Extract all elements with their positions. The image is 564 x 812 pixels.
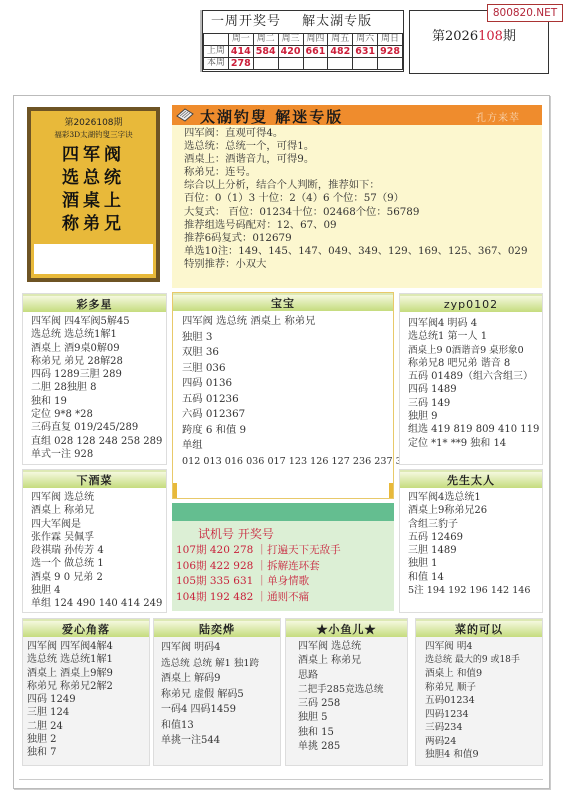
box-line: 独和 19 (31, 395, 166, 408)
analysis-line: 称弟兄：连号。 (184, 166, 542, 179)
box-line: 酒桌上 酒桌上9解9 (27, 667, 149, 680)
box-line: 三码 258 (298, 697, 407, 711)
site-badge[interactable]: 800820.NET (487, 4, 563, 22)
card-issue: 第2026108期 (31, 115, 156, 128)
box-line: 独胆4 和值9 (425, 748, 542, 762)
test-draw-row: 105期 335 631 ｜单身情歌 (176, 574, 394, 590)
box-line: 酒桌上9称弟兄26 (408, 504, 542, 517)
box-line: 定位 9*8 *28 (31, 408, 166, 421)
test-draw-row: 107期 420 278 ｜打遍天下无敌手 (176, 543, 394, 559)
box-line: 四军阀 明4 (425, 640, 542, 654)
box-line: 双胆 36 (182, 345, 393, 361)
box-line: 三码234 (425, 721, 542, 735)
day-header: 周一 (228, 34, 253, 46)
row-label: 上周 (204, 46, 229, 58)
box-line: 选总统 总统 解1 独1跨 (161, 656, 280, 672)
analysis-line: 四军阀：直观可得4。 (184, 127, 542, 140)
box-zyp0102: zyp0102 四军阀4 明码 4 选总统1 第一人 1 酒桌上9 0酒谐音9 … (399, 293, 543, 465)
box-line: 称弟兄 称弟兄2解2 (27, 680, 149, 693)
box-line: 直组 028 128 248 258 289 (31, 435, 166, 448)
issue-red-number: 108 (478, 29, 503, 44)
box-body: 四军阀 四4军阀5解45 选总统 选总统1解1 酒桌上 酒9桌0解09 称弟兄 … (23, 312, 166, 461)
box-line: 称弟兄8 吧兄弟 谐音 8 (408, 357, 542, 370)
title-left: 一周开奖号 (211, 14, 281, 29)
box-line: 单组 (182, 438, 393, 454)
box-line: 独胆 2 (27, 733, 149, 746)
box-line: 组选 419 819 809 410 119 (408, 423, 542, 436)
test-draw-row: 104期 192 482 ｜通则不痛 (176, 590, 394, 606)
box-line: 四码 1289三胆 289 (31, 368, 166, 381)
box-body: 四军阀 四军阀4解4 选总统 选总统1解1 酒桌上 酒桌上9解9 称弟兄 称弟兄… (23, 637, 149, 765)
draw-number (328, 58, 353, 70)
frame-divider (19, 779, 543, 780)
draw-number (253, 58, 278, 70)
analysis-line: 综合以上分析，结合个人判断，推荐如下： (184, 179, 542, 192)
draw-number (378, 58, 403, 70)
box-line: 选总统 选总统1解1 (27, 653, 149, 666)
this-week-row: 本周 278 (204, 58, 403, 70)
box-line: 酒桌上 酒9桌0解09 (31, 342, 166, 355)
box-xiaoyuer: ★小鱼儿★ 四军阀 选总统 酒桌上 称弟兄 思路 二把手285竞选总统 三码 2… (285, 618, 408, 766)
box-title: 爱心角落 (23, 619, 149, 637)
box-aixin: 爱心角落 四军阀 四军阀4解4 选总统 选总统1解1 酒桌上 酒桌上9解9 称弟… (22, 618, 150, 766)
analysis-header: 太湖钓叟 解迷专版 孔方来萃 (172, 105, 542, 125)
analysis-title: 太湖钓叟 解迷专版 (200, 106, 343, 127)
box-line: 四军阀 四军阀4解4 (27, 640, 149, 653)
test-draw-row: 106期 422 928 ｜拆解连环套 (176, 559, 394, 575)
test-draw-body: 试机号 开奖号 107期 420 278 ｜打遍天下无敌手 106期 422 9… (172, 521, 394, 606)
row-label: 本周 (204, 58, 229, 70)
day-header: 周五 (328, 34, 353, 46)
box-xiansheng: 先生太人 四军阀4选总统1 酒桌上9称弟兄26 含组三豹子 五码 12469 三… (399, 469, 543, 613)
box-title: 陆奕烨 (154, 619, 280, 637)
box-line: 独胆 3 (182, 330, 393, 346)
box-line: 称弟兄 虚假 解码5 (161, 687, 280, 703)
box-caiduoxing: 彩多星 四军阀 四4军阀5解45 选总统 选总统1解1 酒桌上 酒9桌0解09 … (22, 293, 167, 465)
box-body: 四军阀4选总统1 酒桌上9称弟兄26 含组三豹子 五码 12469 三胆 148… (400, 488, 542, 597)
box-line: 四军阀 选总统 酒桌上 称弟兄 (182, 314, 393, 330)
draw-number: 661 (303, 46, 328, 58)
corner-cell (204, 34, 229, 46)
issue-number: 第2026108期 (432, 25, 516, 44)
issue-prefix: 第2026 (432, 29, 478, 44)
box-line: 独胆 1 (408, 557, 542, 570)
day-header: 周四 (303, 34, 328, 46)
box-line: 酒桌上 解码9 (161, 671, 280, 687)
box-line: 酒桌上 和值9 (425, 667, 542, 681)
box-line: 五码 01236 (182, 392, 393, 408)
box-line: 四军阀 选总统 (298, 640, 407, 654)
draw-number: 414 (228, 46, 253, 58)
book-icon (176, 107, 194, 122)
box-body: 四军阀4 明码 4 选总统1 第一人 1 酒桌上9 0酒谐音9 桌形象0 称弟兄… (400, 312, 542, 450)
box-line: 四大军阀是 (31, 518, 166, 531)
box-title: 下酒菜 (23, 470, 166, 488)
analysis-author: 孔方来萃 (476, 109, 520, 124)
box-line: 和值13 (161, 718, 280, 734)
analysis-line: 酒桌上：酒谐音九，可得9。 (184, 153, 542, 166)
box-line: 四码 0136 (182, 376, 393, 392)
box-line: 张作霖 吴佩孚 (31, 531, 166, 544)
box-title: 宝宝 (173, 293, 393, 311)
box-line: 单挑 285 (298, 740, 407, 754)
box-line: 段祺瑞 孙传芳 4 (31, 544, 166, 557)
box-line: 六码 012367 (182, 407, 393, 423)
box-line: 5注 194 192 196 142 146 (408, 584, 542, 597)
box-line: 三码直复 019/245/289 (31, 421, 166, 434)
box-line: 四码 1249 (27, 693, 149, 706)
analysis-line: 百位：0（1）3 十位：2（4）6 个位：57（9） (184, 192, 542, 205)
box-line: 四军阀 明码4 (161, 640, 280, 656)
box-line: 独和 7 (27, 746, 149, 759)
box-line: 四军阀 选总统 (31, 491, 166, 504)
box-caideke: 菜的可以 四军阀 明4 选总统 最大的9 或18手 酒桌上 和值9 称弟兄 顺子… (415, 618, 543, 766)
box-xiajiucai: 下酒菜 四军阀 选总统 酒桌上 称弟兄 四大军阀是 张作霖 吴佩孚 段祺瑞 孙传… (22, 469, 167, 613)
analysis-line: 选总统：总统一个，可得1。 (184, 140, 542, 153)
test-draw-header: 试机号 开奖号 (176, 527, 394, 543)
box-body: 四军阀 明4 选总统 最大的9 或18手 酒桌上 和值9 称弟兄 顺子 五码01… (416, 637, 542, 765)
box-line: 四军阀4选总统1 (408, 491, 542, 504)
box-line: 独胆 9 (408, 410, 542, 423)
box-line: 独和 15 (298, 726, 407, 740)
analysis-body: 四军阀：直观可得4。 选总统：总统一个，可得1。 酒桌上：酒谐音九，可得9。 称… (172, 125, 542, 271)
box-line: 跨度 6 和值 9 (182, 423, 393, 439)
last-week-row: 上周 414 584 420 661 482 631 928 (204, 46, 403, 58)
green-bar (172, 503, 394, 521)
weekly-table-title: 一周开奖号 解太湖专版 (203, 11, 403, 33)
corner-accent (389, 483, 393, 498)
box-body: 四军阀 选总统 酒桌上 称弟兄 独胆 3 双胆 36 三胆 036 四码 013… (173, 311, 393, 469)
day-header: 周二 (253, 34, 278, 46)
box-line: 四码 1489 (408, 383, 542, 396)
box-line: 称弟兄 弟兄 28解28 (31, 355, 166, 368)
analysis-line: 单选10注：149、145、147、049、349、129、169、125、36… (184, 245, 542, 258)
box-line: 四码1234 (425, 708, 542, 722)
box-line: 五码 12469 (408, 531, 542, 544)
box-line: 五码 01489（组六含组三） (408, 370, 542, 383)
week-grid: 周一 周二 周三 周四 周五 周六 周日 上周 414 584 420 661 … (203, 33, 403, 70)
draw-number (278, 58, 303, 70)
analysis-panel: 太湖钓叟 解迷专版 孔方来萃 四军阀：直观可得4。 选总统：总统一个，可得1。 … (172, 105, 542, 288)
box-line: 酒桌上 称弟兄 (31, 504, 166, 517)
box-line: 选总统 最大的9 或18手 (425, 654, 542, 668)
draw-number: 631 (353, 46, 378, 58)
draw-number (353, 58, 378, 70)
box-line: 选总统1 第一人 1 (408, 330, 542, 343)
box-luyiye: 陆奕烨 四军阀 明码4 选总统 总统 解1 独1跨 酒桌上 解码9 称弟兄 虚假… (153, 618, 281, 766)
box-line: 三胆 036 (182, 361, 393, 377)
box-line: 单组 124 490 140 414 249 (31, 597, 166, 610)
box-line: 三胆 124 (27, 706, 149, 719)
box-line: 单式一注 928 (31, 448, 166, 461)
box-line: 三胆 1489 (408, 544, 542, 557)
box-line: 二胆 24 (27, 720, 149, 733)
card-subtitle: 福彩3D太湖钓叟三字诀 (31, 129, 156, 140)
box-line: 含组三豹子 (408, 518, 542, 531)
draw-number (303, 58, 328, 70)
box-title: 彩多星 (23, 294, 166, 312)
box-line: 独胆 4 (31, 584, 166, 597)
riddle-line: 称弟兄 (31, 213, 156, 236)
draw-number: 584 (253, 46, 278, 58)
box-line: 选一个 做总统 1 (31, 557, 166, 570)
box-body: 四军阀 选总统 酒桌上 称弟兄 四大军阀是 张作霖 吴佩孚 段祺瑞 孙传芳 4 … (23, 488, 166, 611)
box-line: 一码4 四码1459 (161, 702, 280, 718)
draw-number: 278 (228, 58, 253, 70)
title-right: 解太湖专版 (302, 14, 372, 29)
box-line: 二胆 28独胆 8 (31, 381, 166, 394)
box-line: 五码01234 (425, 694, 542, 708)
weekly-draw-table: 一周开奖号 解太湖专版 周一 周二 周三 周四 周五 周六 周日 上周 414 … (202, 10, 404, 72)
box-line: 三码 149 (408, 397, 542, 410)
riddle-line: 选总统 (31, 167, 156, 190)
box-line: 独胆 5 (298, 711, 407, 725)
box-line: 四军阀 四4军阀5解45 (31, 315, 166, 328)
box-title: zyp0102 (400, 294, 542, 312)
analysis-line: 大复式： 百位：01234十位：02468个位：56789 (184, 206, 542, 219)
issue-suffix: 期 (503, 29, 516, 44)
box-line: 酒桌上9 0酒谐音9 桌形象0 (408, 344, 542, 357)
riddle-card: 第2026108期 福彩3D太湖钓叟三字诀 四军阀 选总统 酒桌上 称弟兄 (27, 107, 160, 282)
riddle-line: 酒桌上 (31, 190, 156, 213)
box-line: 称弟兄 顺子 (425, 681, 542, 695)
box-line: 选总统 选总统1解1 (31, 328, 166, 341)
box-title: 先生太人 (400, 470, 542, 488)
box-line: 两码24 (425, 735, 542, 749)
day-header: 周六 (353, 34, 378, 46)
box-line: 酒桌 9 0 兄弟 2 (31, 571, 166, 584)
box-line: 思路 (298, 669, 407, 683)
box-body: 四军阀 明码4 选总统 总统 解1 独1跨 酒桌上 解码9 称弟兄 虚假 解码5… (154, 637, 280, 765)
corner-accent (173, 483, 177, 498)
day-header: 周日 (378, 34, 403, 46)
analysis-line: 特别推荐：小双大 (184, 258, 542, 271)
box-title: ★小鱼儿★ (286, 619, 407, 637)
box-body: 四军阀 选总统 酒桌上 称弟兄 思路 二把手285竞选总统 三码 258 独胆 … (286, 637, 407, 765)
draw-number: 420 (278, 46, 303, 58)
draw-number: 482 (328, 46, 353, 58)
box-line: 二把手285竞选总统 (298, 683, 407, 697)
analysis-line: 推荐组选号码配对：12、67、09 (184, 219, 542, 232)
day-header: 周三 (278, 34, 303, 46)
riddle-line: 四军阀 (31, 144, 156, 167)
card-blank-area (34, 244, 153, 274)
box-line: 单挑一注544 (161, 733, 280, 749)
box-line: 定位 *1* **9 独和 14 (408, 437, 542, 450)
draw-number: 928 (378, 46, 403, 58)
box-line: 四军阀4 明码 4 (408, 317, 542, 330)
box-line: 和值 14 (408, 571, 542, 584)
box-line: 酒桌上 称弟兄 (298, 654, 407, 668)
box-baobao: 宝宝 四军阀 选总统 酒桌上 称弟兄 独胆 3 双胆 36 三胆 036 四码 … (172, 292, 394, 499)
analysis-line: 推荐6码复式：012679 (184, 232, 542, 245)
box-title: 菜的可以 (416, 619, 542, 637)
box-line: 012 013 016 036 017 123 126 127 236 237 … (182, 454, 393, 470)
test-draw-panel: 试机号 开奖号 107期 420 278 ｜打遍天下无敌手 106期 422 9… (172, 503, 394, 611)
